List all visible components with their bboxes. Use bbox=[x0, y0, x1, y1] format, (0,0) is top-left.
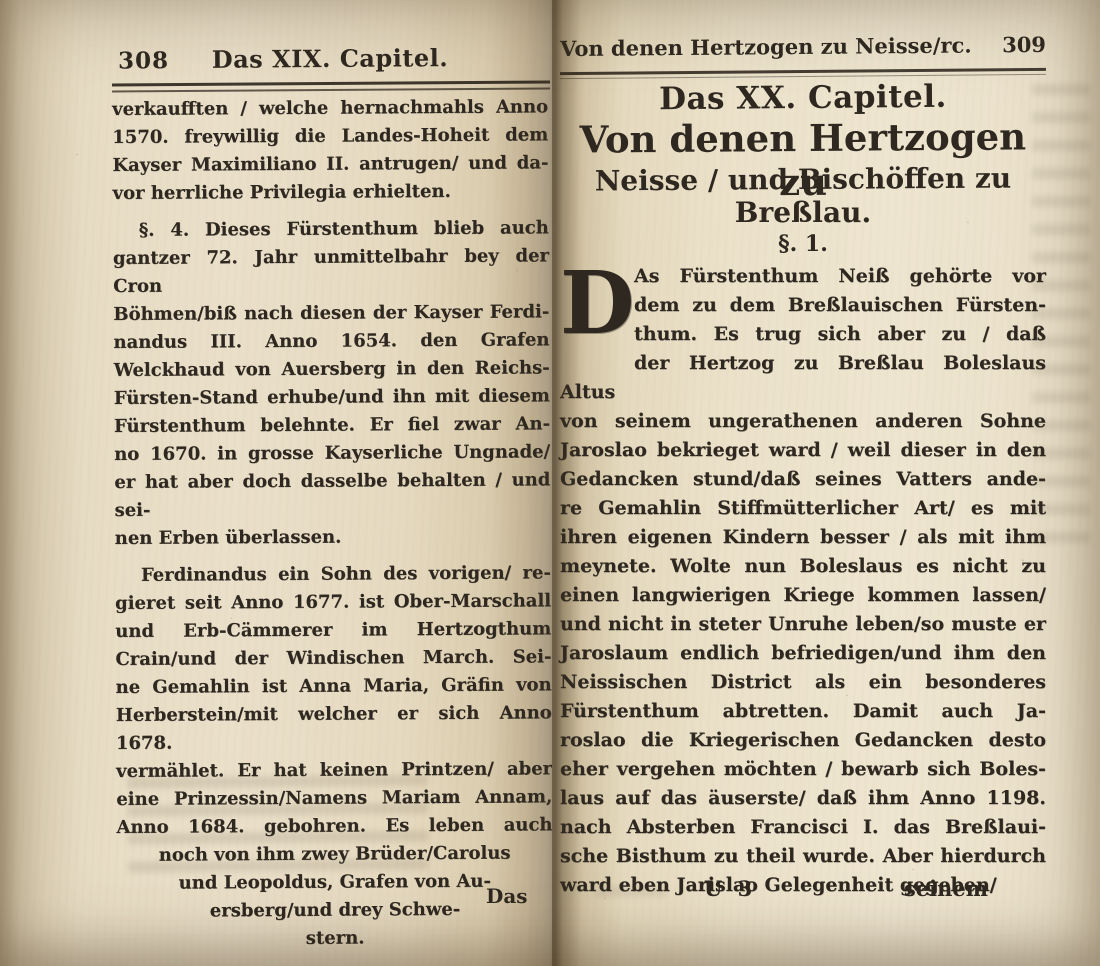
text-line: Neissischen District als ein besonderes bbox=[560, 668, 1046, 697]
text-line: von seinem ungerathenen anderen Sohne bbox=[560, 407, 1046, 436]
text-line: Ferdinandus ein Sohn des vorigen/ re- bbox=[115, 559, 551, 590]
left-running-title: Das XIX. Capitel. bbox=[112, 42, 548, 74]
right-running-title: Von denen Hertzogen zu Neisse/rc. bbox=[560, 33, 972, 62]
text-line: re Gemahlin Stiffmütterlicher Art/ es mi… bbox=[560, 494, 1046, 523]
text-line: Fürstenthum abtretten. Damit auch Ja- bbox=[560, 697, 1046, 726]
left-header-rule bbox=[112, 80, 550, 92]
text-line: no 1670. in grosse Kayserliche Ungnade/ bbox=[114, 438, 550, 469]
paragraph: As Fürstenthum Neiß gehörte vordem zu de… bbox=[560, 262, 1046, 900]
text-line: Fürsten-Stand erhube/und ihn mit diesem bbox=[114, 382, 550, 413]
text-line: und Erb-Cämmerer im Hertzogthum bbox=[115, 615, 551, 646]
text-line: Jaroslao bekrieget ward / weil dieser in… bbox=[560, 436, 1046, 465]
drop-cap-initial: D bbox=[560, 265, 624, 351]
right-page: Von denen Hertzogen zu Neisse/rc. 309 Da… bbox=[552, 0, 1100, 966]
text-line: gieret seit Anno 1677. ist Ober-Marschal… bbox=[115, 587, 551, 618]
text-line: Gedancken stund/daß seines Vatters ande- bbox=[560, 465, 1046, 494]
text-line: Fürstenthum belehnte. Er fiel zwar An- bbox=[114, 410, 550, 441]
text-line: noch von ihm zwey Brüder/Carolus bbox=[117, 839, 553, 870]
left-page: 308 Das XIX. Capitel. verkaufften / welc… bbox=[0, 0, 552, 966]
right-page-number: 309 bbox=[1002, 32, 1046, 57]
right-header-rule bbox=[560, 68, 1046, 79]
text-line: vor herrliche Privilegia erhielten. bbox=[113, 177, 549, 208]
right-page-header: Von denen Hertzogen zu Neisse/rc. 309 bbox=[560, 32, 1046, 61]
text-line: sche Bisthum zu theil wurde. Aber hierdu… bbox=[560, 842, 1046, 871]
text-line: einen langwierigen Kriege kommen lassen/ bbox=[560, 581, 1046, 610]
text-line: und nicht in steter Unruhe leben/so must… bbox=[560, 610, 1046, 639]
text-line: roslao die Kriegerischen Gedancken desto bbox=[560, 726, 1046, 755]
text-line: gantzer 72. Jahr unmittelbahr bey der Cr… bbox=[113, 242, 549, 301]
text-line: §. 4. Dieses Fürstenthum blieb auch bbox=[113, 214, 549, 245]
left-page-text: verkaufften / welche hernachmahls Anno15… bbox=[112, 93, 553, 954]
left-page-header: 308 Das XIX. Capitel. bbox=[112, 42, 548, 74]
paragraph: §. 4. Dieses Fürstenthum blieb auchgantz… bbox=[113, 214, 551, 553]
text-line: der Hertzog zu Breßlau Boleslaus Altus bbox=[560, 349, 1046, 407]
text-line: 1570. freywillig die Landes-Hoheit dem bbox=[112, 121, 548, 152]
text-line: ne Gemahlin ist Anna Maria, Gräfin von bbox=[116, 671, 552, 702]
right-page-text: D As Fürstenthum Neiß gehörte vordem zu … bbox=[560, 262, 1046, 900]
text-line: ihren eigenen Kindern besser / als mit i… bbox=[560, 523, 1046, 552]
paragraph: verkaufften / welche hernachmahls Anno15… bbox=[112, 93, 549, 208]
text-line: eine Prinzessin/Namens Mariam Annam, bbox=[116, 783, 552, 814]
text-line: Herberstein/mit welcher er sich Anno 167… bbox=[116, 699, 552, 758]
text-line: vermählet. Er hat keinen Printzen/ aber bbox=[116, 755, 552, 786]
chapter-title-line: Neisse / und Bischöffen zu bbox=[560, 161, 1046, 197]
book-scan: 308 Das XIX. Capitel. verkaufften / welc… bbox=[0, 0, 1100, 966]
text-line: nen Erben überlassen. bbox=[115, 522, 551, 553]
right-catchword: seinem bbox=[904, 876, 988, 901]
text-line: Kayser Maximiliano II. antrugen/ und da- bbox=[112, 149, 548, 180]
text-line: nach Absterben Francisci I. das Breßlaui… bbox=[560, 813, 1046, 842]
text-line: Anno 1684. gebohren. Es leben auch bbox=[116, 811, 552, 842]
chapter-title-line: Breßlau. bbox=[560, 196, 1046, 229]
left-catchword: Das bbox=[486, 884, 528, 908]
text-line: Jaroslaum endlich befriedigen/und ihm de… bbox=[560, 639, 1046, 668]
left-page-number: 308 bbox=[118, 47, 169, 74]
text-line: Welckhaud von Auersberg in den Reichs- bbox=[114, 354, 550, 385]
text-line: Crain/und der Windischen March. Sei- bbox=[115, 643, 551, 674]
signature-mark: U 3 bbox=[704, 876, 756, 901]
chapter-heading: Das XX. Capitel. bbox=[560, 78, 1046, 118]
text-line: verkaufften / welche hernachmahls Anno bbox=[112, 93, 548, 124]
text-line: stern. bbox=[117, 923, 553, 954]
text-line: eher vergehen möchten / bewarb sich Bole… bbox=[560, 755, 1046, 784]
text-line: Böhmen/biß nach diesen der Kayser Ferdi- bbox=[113, 298, 549, 329]
text-line: laus auf das äuserste/ daß ihm Anno 1198… bbox=[560, 784, 1046, 813]
text-line: meynete. Wolte nun Boleslaus es nicht zu bbox=[560, 552, 1046, 581]
text-line: er hat aber doch dasselbe behalten / und… bbox=[114, 466, 550, 525]
text-line: nandus III. Anno 1654. den Grafen bbox=[113, 326, 549, 357]
